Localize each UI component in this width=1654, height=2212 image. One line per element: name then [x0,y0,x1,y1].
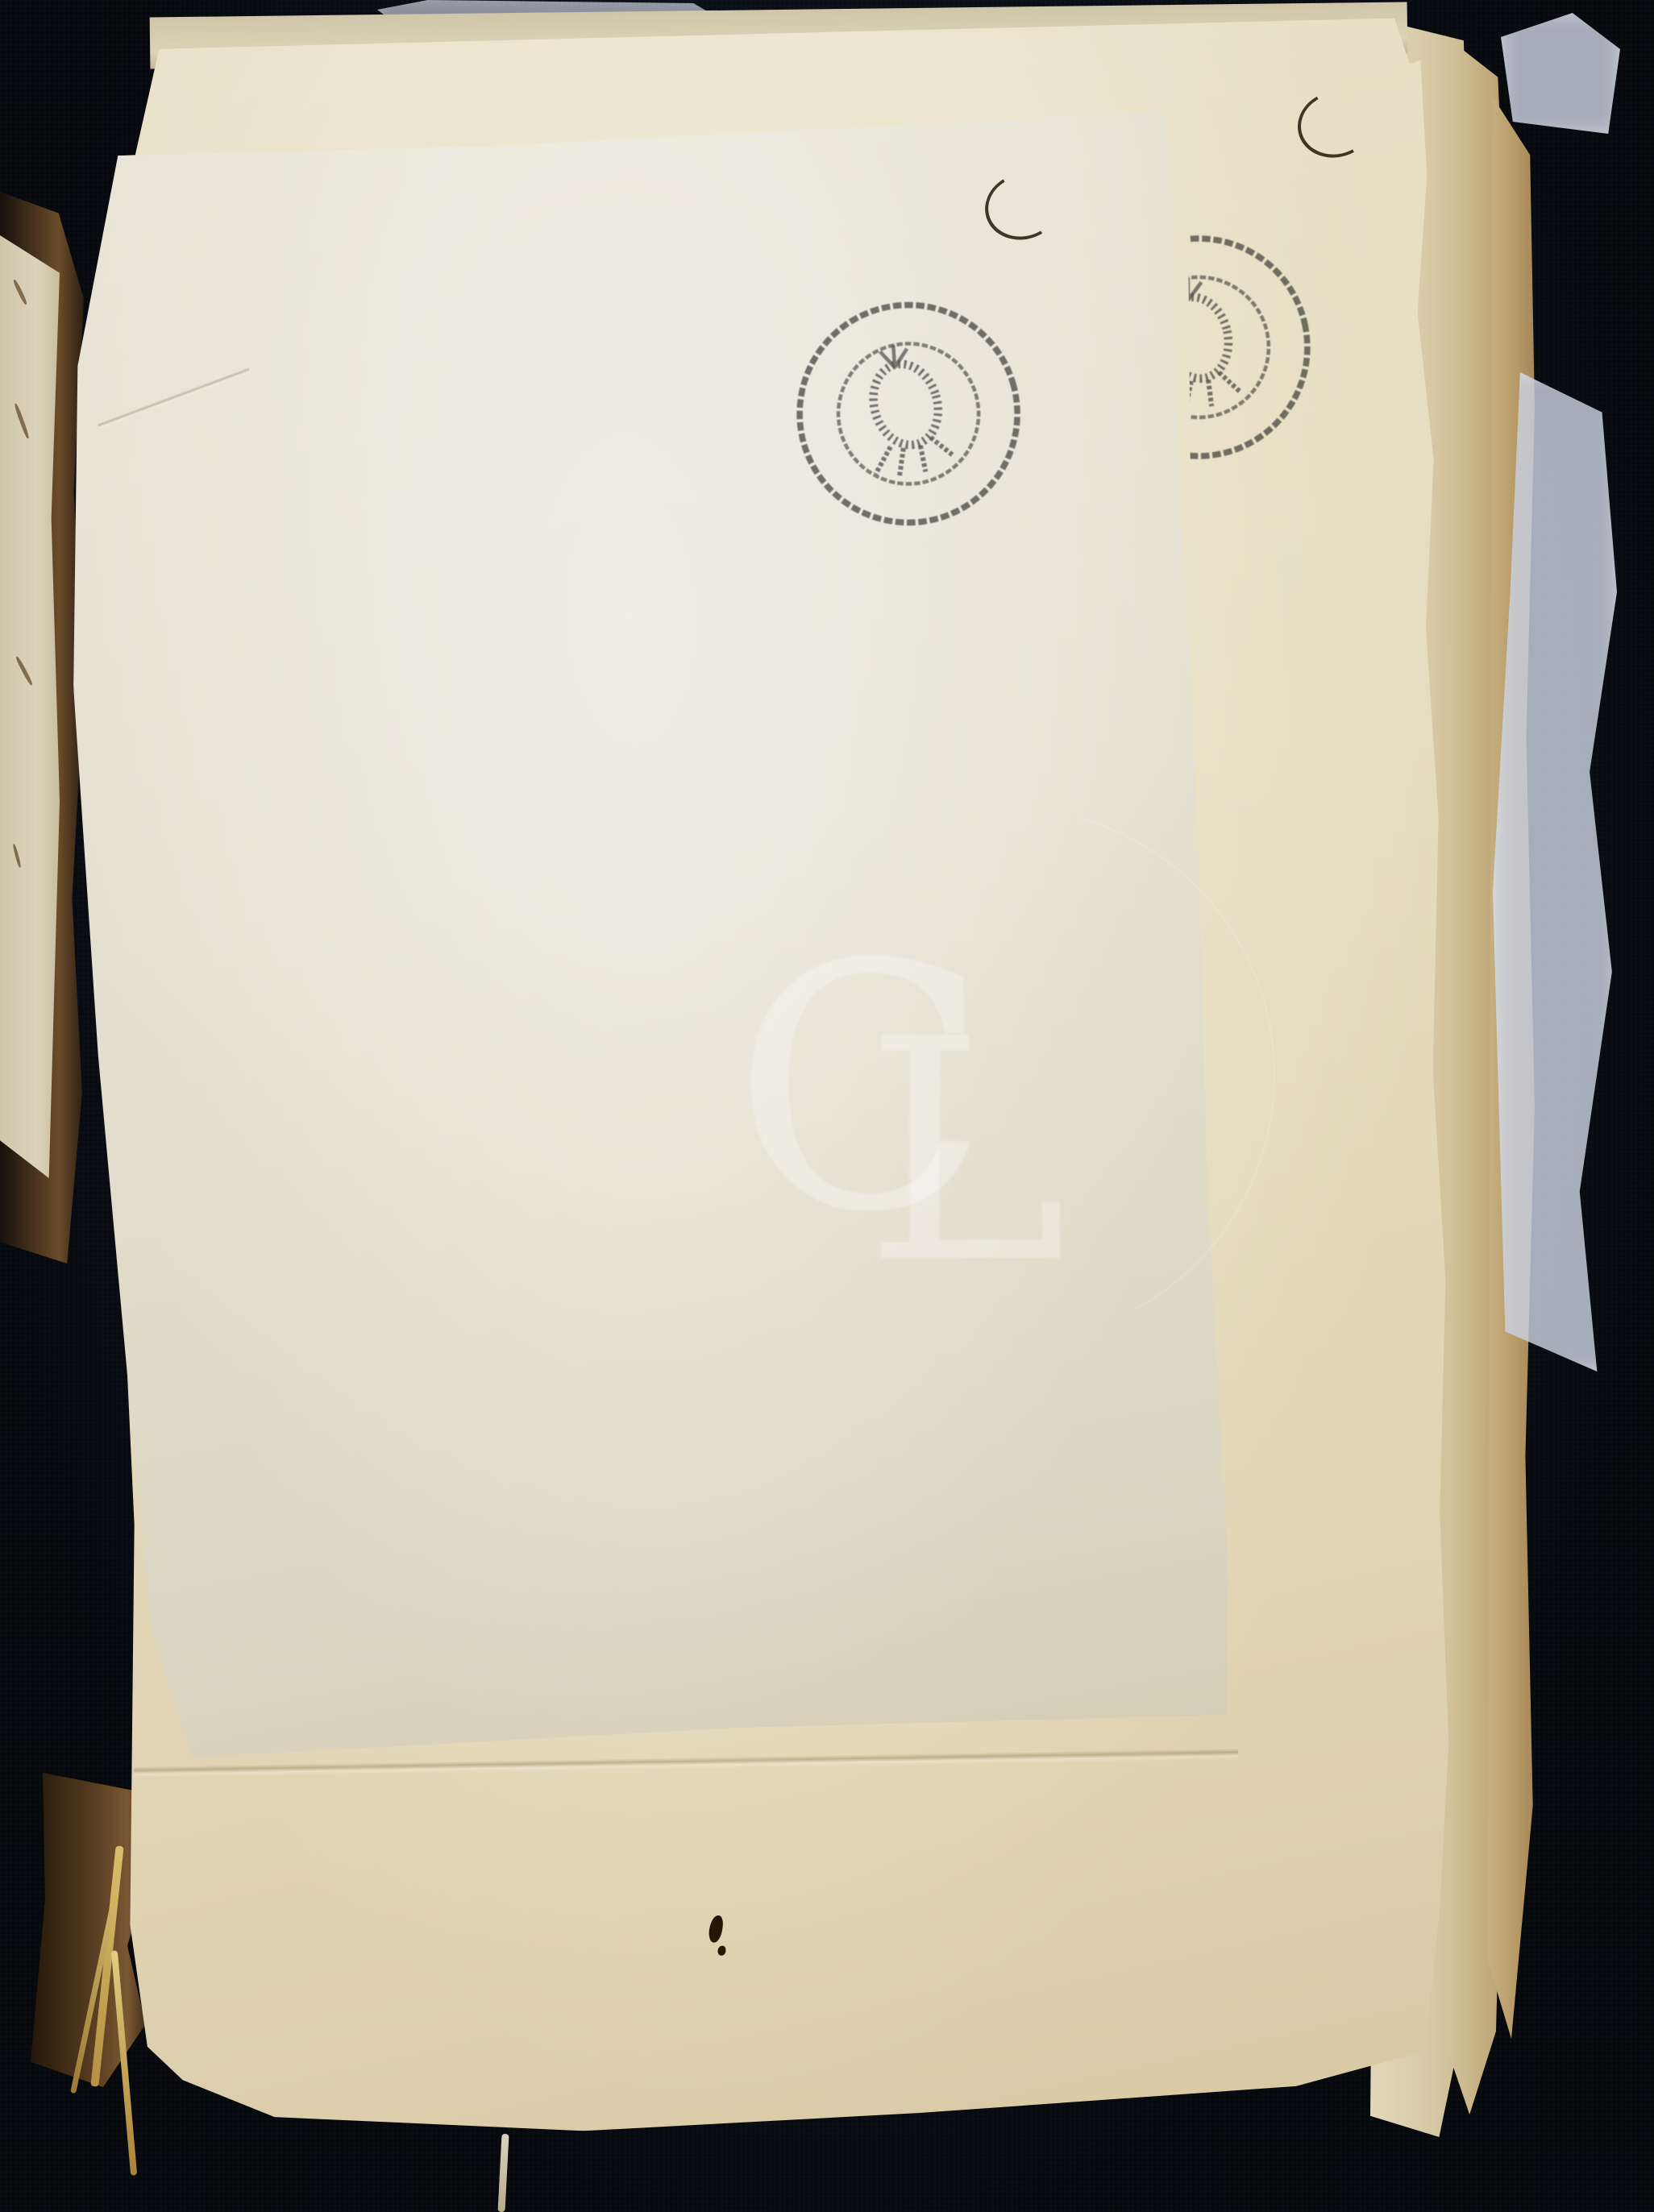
margin-note-vertical [75,489,125,1439]
binding-thread [497,2134,509,2212]
margin-note-line [85,489,124,1407]
library-stamp-icon [758,264,1060,567]
library-stamp-icon [1188,225,1329,476]
top-letter-page [51,110,1238,1762]
ink-blot [708,1915,724,1944]
paper-crease [134,1749,1238,1778]
page3-half-stamp-clip [1188,225,1329,476]
paper-crease [98,367,251,430]
manuscript-photo-stage: C L [0,0,1654,2212]
tissue-paper-top-right [1501,13,1620,134]
adjacent-page-sliver [0,235,60,1178]
ink-blot [717,1946,725,1956]
margin-note-line [75,490,115,1440]
